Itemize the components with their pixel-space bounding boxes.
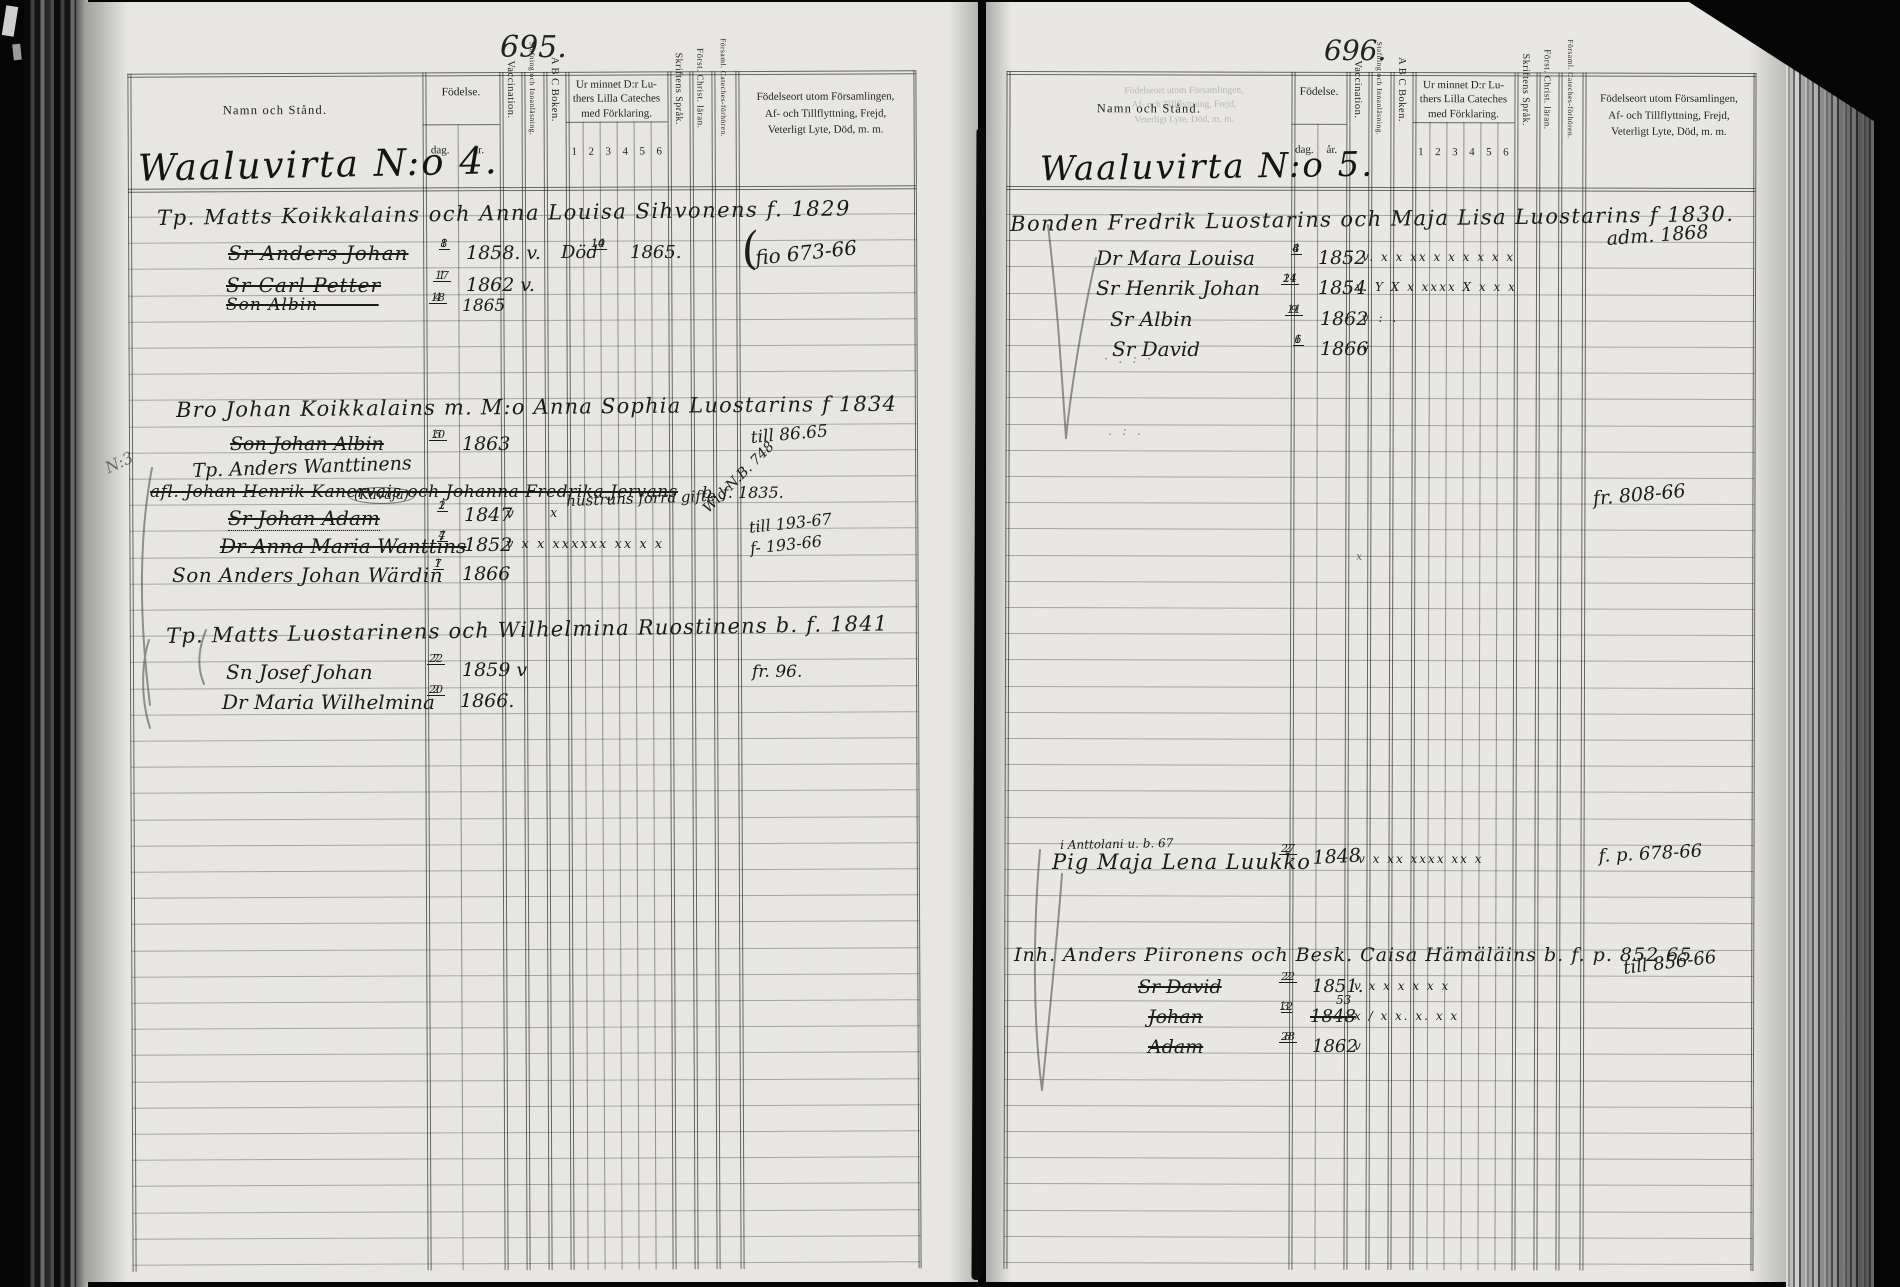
rule-line — [1005, 817, 1754, 820]
handwritten-entry: 53 — [1336, 993, 1351, 1007]
handwritten-entry: v — [1362, 341, 1369, 355]
rule-line — [1006, 397, 1755, 400]
handwritten-entry: Inh. Anders Piironens och Besk. Caisa Hä… — [1014, 944, 1692, 966]
cateches-col-number: 3 — [600, 146, 617, 158]
handwritten-entry: 1852 — [1318, 247, 1366, 269]
cateches-col-number: 6 — [651, 145, 668, 157]
handwritten-entry: 1866. — [460, 690, 514, 712]
page-number-right: 696. — [1324, 34, 1386, 67]
handwritten-entry: Dr Maria Wilhelmina — [222, 690, 435, 714]
paper-chip — [2, 5, 19, 37]
handwritten-entry: Sr Henrik Johan — [1096, 276, 1260, 300]
column-label-namn: Namn och Stånd. — [128, 102, 423, 118]
column-label-fodelse: Födelse. — [1292, 86, 1347, 98]
rule-line — [1004, 1236, 1753, 1239]
handwritten-entry: Dr Mara Louisa — [1096, 246, 1255, 270]
handwritten-entry: v x x x x x x — [1354, 979, 1450, 993]
rule-line — [423, 124, 500, 125]
handwritten-entry: Son Anders Johan Wärdin — [172, 563, 443, 587]
handwritten-entry: 1862 — [1312, 1036, 1358, 1057]
book-scan: Namn och Stånd.Födelse.dag.år.Vaccinatio… — [0, 0, 1900, 1287]
handwritten-entry: x / x x. x. x x — [1354, 1009, 1459, 1023]
handwritten-entry: v — [506, 506, 514, 522]
handwritten-entry: Sr Anders Johan — [228, 241, 409, 265]
rule-line — [1004, 1131, 1753, 1134]
column-label-cateches: Ur minnet D:r Lu- thers Lilla Cateches m… — [565, 77, 667, 120]
handwritten-entry: 1863 — [462, 433, 510, 455]
handwritten-entry: · . : · — [1104, 352, 1154, 367]
column-label-fodelseort: Födelseort utom Församlingen, Af- och Ti… — [735, 88, 915, 138]
handwritten-entry: v. x x xx x x x x x x — [1362, 250, 1515, 264]
rule-line — [1006, 189, 1755, 192]
rule-line — [1291, 124, 1346, 125]
handwritten-entry: x — [550, 506, 557, 521]
handwritten-entry: (Kuvaja) — [348, 487, 415, 504]
rule-line — [1004, 1026, 1753, 1029]
rule-line — [1006, 450, 1755, 453]
book-edge-right — [1786, 0, 1874, 1287]
handwritten-entry: . : . — [1108, 424, 1144, 439]
rule-line — [1005, 764, 1754, 767]
handwritten-entry: 1859 v — [462, 659, 527, 681]
handwritten-entry: Adam — [1148, 1036, 1203, 1058]
cateches-col-number: 1 — [1412, 146, 1429, 158]
rule-line — [1005, 686, 1754, 689]
rule-line — [1004, 895, 1753, 898]
cateches-col-number: 3 — [1446, 146, 1463, 158]
cateches-col-number: 2 — [583, 146, 600, 158]
rule-line — [1004, 1000, 1753, 1003]
column-label-cateches: Ur minnet D:r Lu- thers Lilla Cateches m… — [1412, 78, 1514, 121]
rule-line — [1005, 633, 1754, 636]
village-heading-right: Waaluvirta N:o 5. — [1040, 145, 1375, 190]
handwritten-entry: Son Johan Albin — [230, 433, 384, 455]
handwritten-entry: 1866 — [462, 563, 510, 585]
handwritten-entry: Sr Carl Petter — [226, 273, 381, 297]
handwritten-entry: Sr David — [1138, 976, 1222, 998]
column-label: A B C Boken. — [1396, 35, 1407, 143]
column-label: Först. Christ. läran. — [695, 34, 705, 142]
rule-line — [1004, 1052, 1753, 1055]
column-label: Först. Christ. läran. — [1542, 35, 1552, 143]
bleed-through-text: Födelseort utom Församlingen, Af- och Ti… — [1088, 83, 1280, 127]
handwritten-entry: Son Albin ——— — [226, 295, 379, 315]
cateches-col-number: 4 — [617, 146, 634, 158]
handwritten-entry: Johan — [1148, 1006, 1203, 1028]
cateches-col-number: 4 — [1463, 146, 1480, 158]
column-label: Skriftens Språk. — [1520, 35, 1531, 143]
handwritten-entry: 1848 — [1310, 1006, 1356, 1027]
handwritten-entry: Sn Josef Johan — [226, 660, 373, 684]
handwritten-entry: 1858. v. — [466, 242, 541, 264]
rule-line — [1004, 1210, 1753, 1213]
handwritten-entry: v — [1354, 1039, 1361, 1053]
handwritten-entry: v : . — [1362, 311, 1399, 325]
handwritten-entry: 1865 — [462, 296, 505, 316]
handwritten-entry: x — [1356, 550, 1362, 563]
column-label: Skriftens Språk. — [673, 34, 684, 142]
handwritten-entry: 1848 — [1312, 844, 1361, 869]
handwritten-entry: Dr Anna Maria Wanttins — [220, 534, 466, 558]
handwritten-entry: fr. 96. — [752, 662, 802, 682]
rule-line — [1005, 528, 1754, 531]
rule-line — [1005, 607, 1754, 610]
handwritten-entry: v x xx xxxx xx x — [1358, 852, 1484, 866]
rule-line — [1004, 1079, 1753, 1082]
column-label: Församl. Cateches-förhören. — [1566, 34, 1575, 142]
handwritten-entry: 1865. — [630, 242, 682, 263]
page-number-left: 695. — [500, 30, 567, 65]
rule-line — [1005, 712, 1754, 715]
rule-line — [1004, 1183, 1753, 1186]
rule-line — [1005, 581, 1754, 584]
village-heading-left: Waaluvirta N:o 4. — [138, 139, 499, 190]
rule-line — [1004, 1105, 1753, 1108]
cateches-col-number: 5 — [634, 145, 651, 157]
column-label: Församl. Cateches-förhören. — [719, 33, 728, 141]
cateches-col-number: 1 — [566, 146, 583, 158]
handwritten-entry: 1862 v. — [466, 274, 535, 296]
cateches-col-number: 6 — [1497, 146, 1514, 158]
rule-line — [1005, 738, 1754, 741]
handwritten-entry: Pig Maja Lena Luukko — [1052, 850, 1311, 874]
column-label-fodelseort: Födelseort utom Församlingen, Af- och Ti… — [1582, 91, 1755, 141]
rule-line — [1004, 921, 1753, 924]
handwritten-entry: v x x xxxxxx xx x x — [506, 537, 664, 552]
paper-chip — [12, 44, 22, 61]
cateches-col-number: 5 — [1480, 146, 1497, 158]
rule-line — [1005, 555, 1754, 558]
rule-line — [1003, 1262, 1752, 1265]
handwritten-entry: v. Y X x xxxx X x x x — [1356, 280, 1517, 294]
handwritten-entry: Sr Albin — [1110, 307, 1193, 331]
rule-line — [1006, 371, 1755, 374]
rule-line — [1004, 1157, 1753, 1160]
rule-line — [1412, 122, 1514, 123]
rule-line — [1005, 659, 1754, 662]
rule-line — [1006, 476, 1755, 479]
cateches-col-number: 2 — [1429, 146, 1446, 158]
handwritten-entry: Sr Johan Adam — [228, 506, 380, 531]
rule-line — [1005, 790, 1754, 793]
column-label-fodelse: Födelse. — [422, 86, 499, 98]
